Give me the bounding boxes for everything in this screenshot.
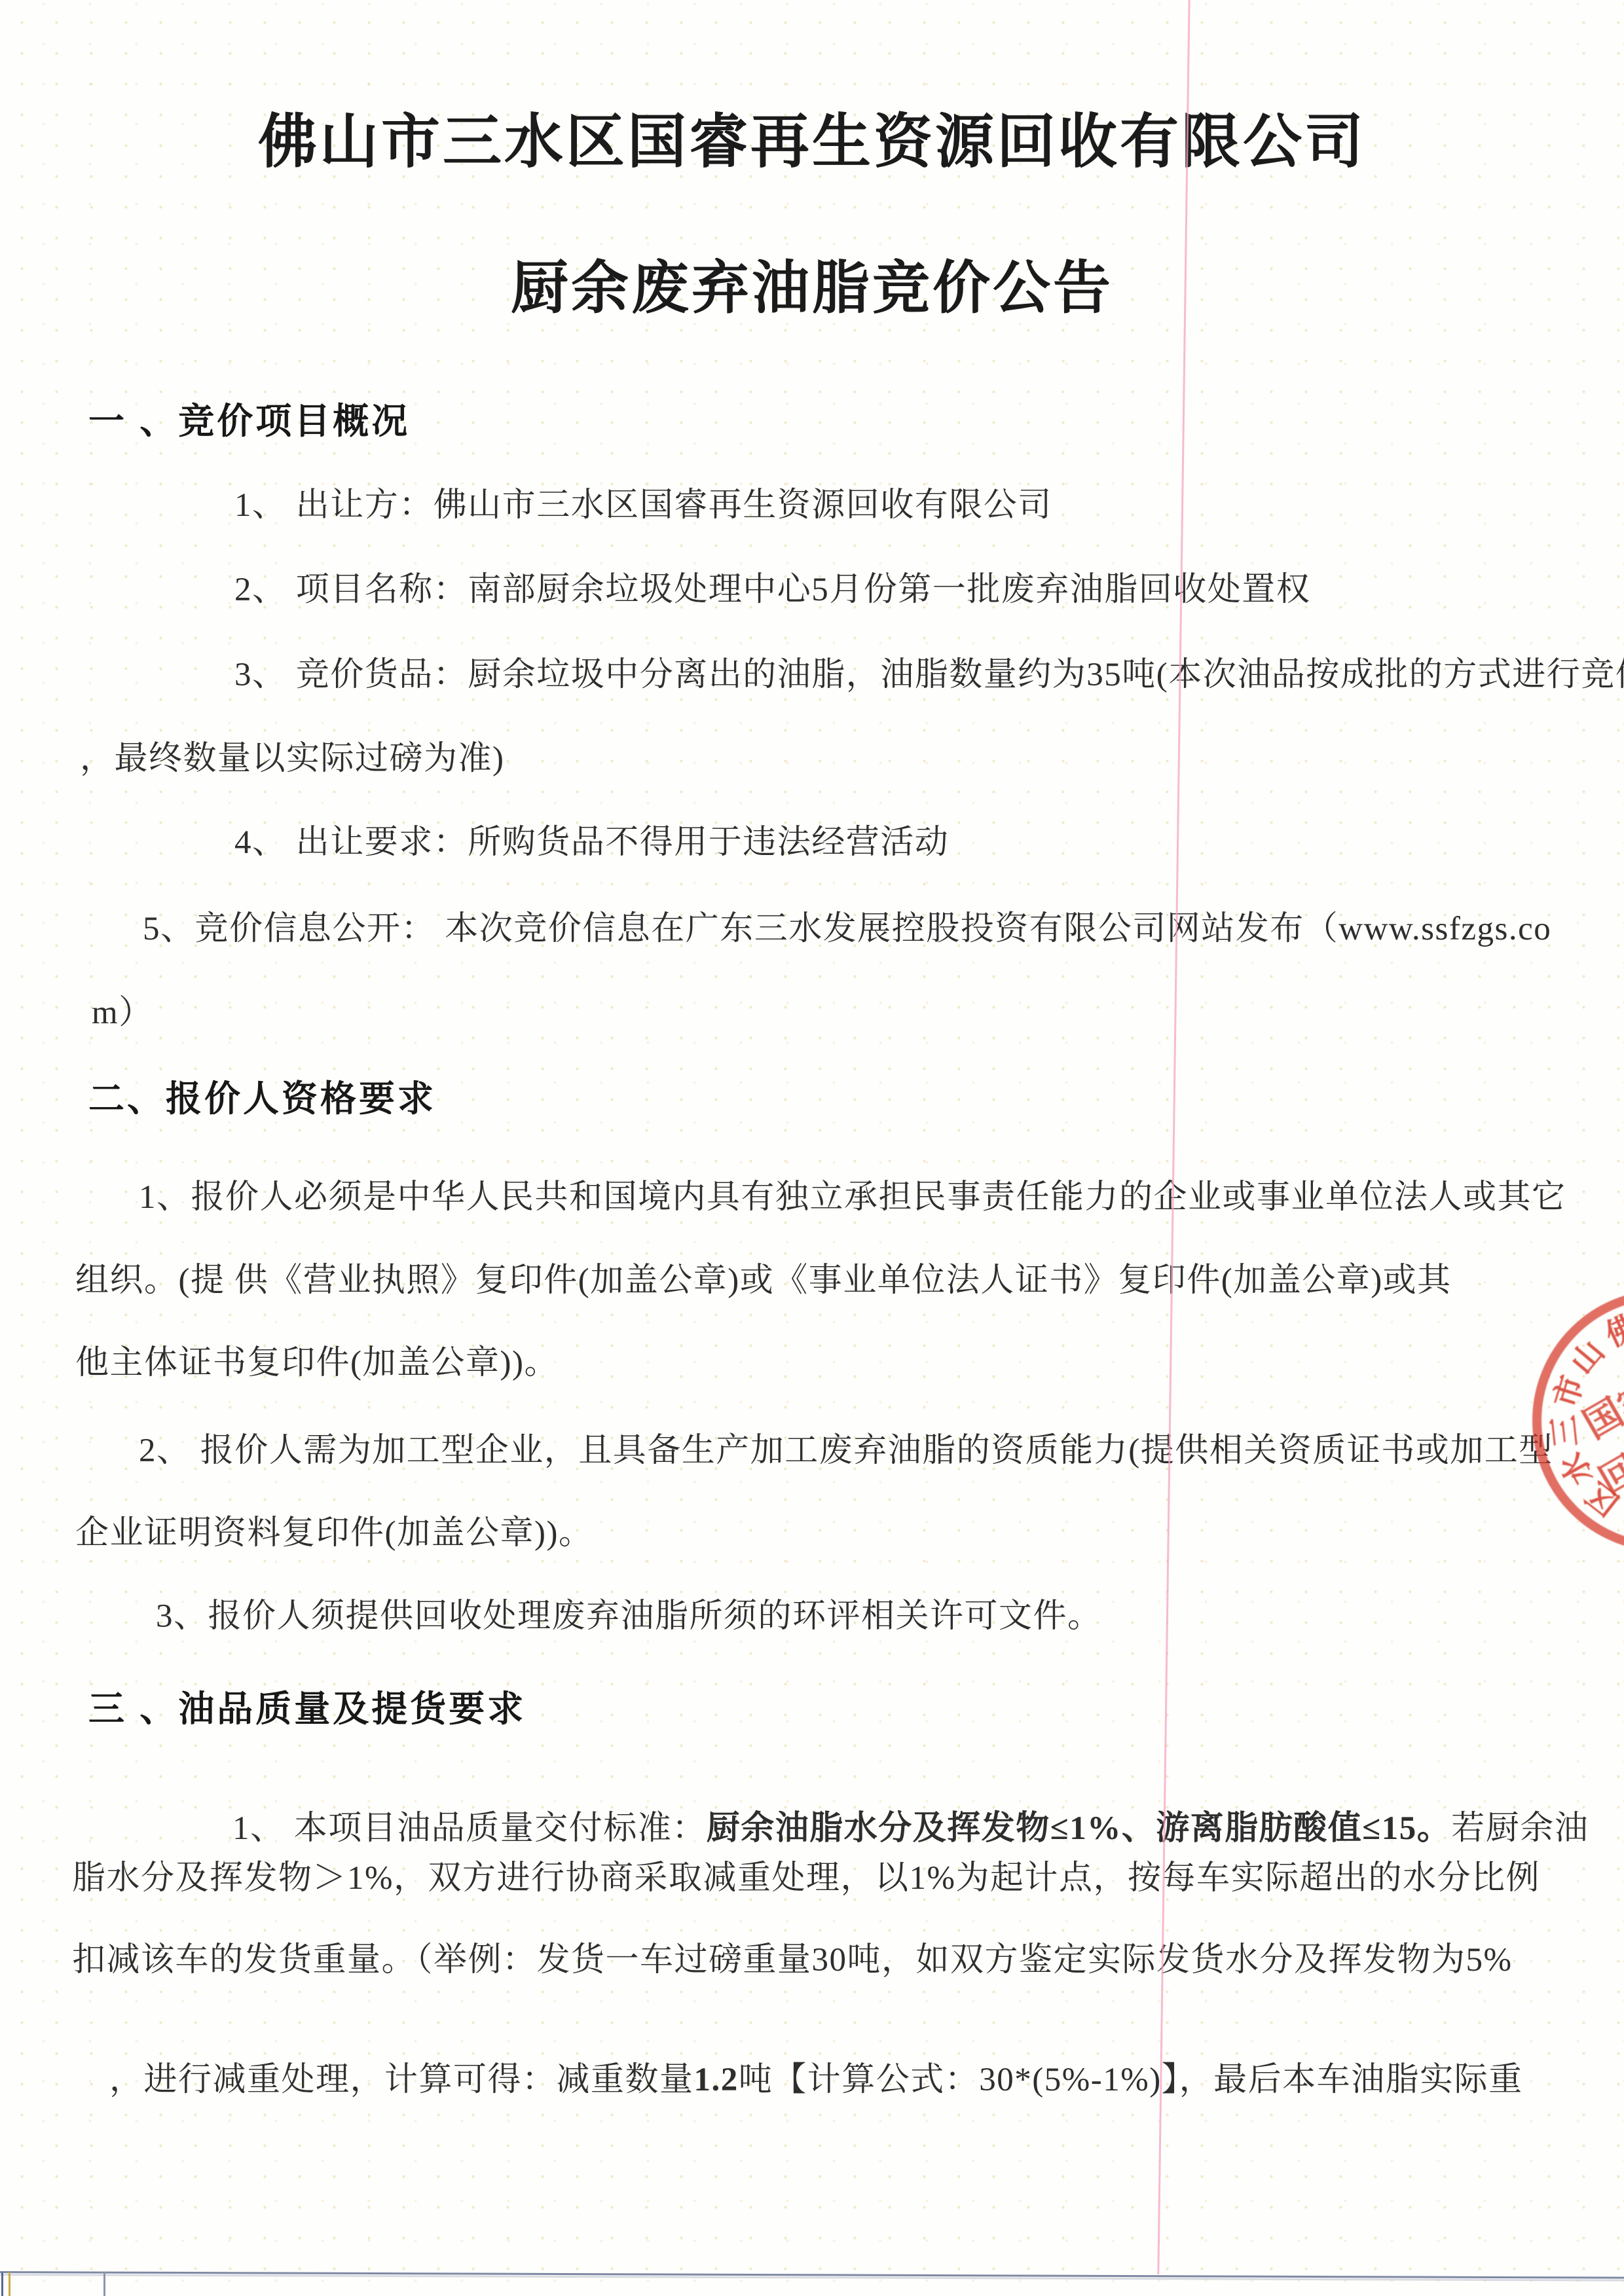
text-line: 3、 竞价货品：厨余垃圾中分离出的油脂，油脂数量约为35吨(本次油品按成批的方式…	[234, 659, 1624, 692]
text-line: 4、 出让要求：所购货品不得用于违法经营活动	[234, 826, 949, 860]
scan-artifact-tick	[9, 2272, 10, 2296]
scan-artifact-pink-line	[1157, 0, 1190, 2274]
text-line: 2、 项目名称：南部厨余垃圾处理中心5月份第一批废弃油脂回收处置权	[234, 574, 1310, 607]
page-bottom-rule	[0, 2271, 1624, 2279]
scanned-document-page: 佛山市三水区国睿再生资源回收有限公司 厨余废弃油脂竞价公告 一 、竞价项目概况 …	[0, 0, 1624, 2296]
scan-artifact-tick	[103, 2272, 105, 2296]
text-line: ，最终数量以实际过磅为准)	[80, 742, 505, 776]
scan-artifact-tick	[1, 2272, 3, 2296]
document-subtitle: 厨余废弃油脂竞价公告	[0, 259, 1624, 317]
red-company-seal-stamp: 佛 山 市 三 水 区 国睿 回收	[1532, 1290, 1624, 1552]
stamp-ring-char: 佛	[1601, 1311, 1624, 1353]
stamp-ring-char: 三	[1549, 1414, 1583, 1449]
text-segment-bold: 1.2	[694, 2062, 739, 2098]
text-segment-bold: 厨余油脂水分及挥发物≤1%、游离脂肪酸值≤15。	[707, 1810, 1451, 1847]
text-line: 1、 出让方：佛山市三水区国睿再生资源回收有限公司	[234, 489, 1052, 522]
text-line: 他主体证书复印件(加盖公章))。	[75, 1347, 559, 1380]
section-2-heading: 二、报价人资格要求	[88, 1081, 436, 1117]
document-title: 佛山市三水区国睿再生资源回收有限公司	[0, 113, 1624, 172]
section-3-heading: 三 、油品质量及提货要求	[88, 1691, 526, 1727]
text-segment: ，进行减重处理，计算可得：减重数量	[109, 2062, 694, 2098]
text-line: 2、 报价人需为加工型企业，且具备生产加工废弃油脂的资质能力(提供相关资质证书或…	[139, 1434, 1553, 1468]
text-line: 1、报价人必须是中华人民共和国境内具有独立承担民事责任能力的企业或事业单位法人或…	[139, 1181, 1566, 1214]
text-line: 5、竞价信息公开： 本次竞价信息在广东三水发展控股投资有限公司网站发布（www.…	[143, 913, 1551, 946]
stamp-ring-char: 水	[1556, 1447, 1598, 1489]
text-segment: 若厨余油	[1451, 1810, 1589, 1847]
text-segment: 吨【计算公式：30*(5%-1%)】，最后本车油脂实际重	[739, 2062, 1523, 2098]
text-line: m）	[92, 996, 153, 1030]
text-line: 组织。(提 供《营业执照》复印件(加盖公章)或《事业单位法人证书》复印件(加盖公…	[75, 1264, 1452, 1298]
text-line: 扣减该车的发货重量。（举例：发货一车过磅重量30吨，如双方鉴定实际发货水分及挥发…	[72, 1944, 1513, 1977]
text-line: 企业证明资料复印件(加盖公章))。	[75, 1517, 593, 1550]
text-segment: 1、 本项目油品质量交付标准：	[232, 1810, 707, 1847]
text-line: 3、报价人须提供回收处理废弃油脂所须的环评相关许可文件。	[156, 1600, 1102, 1633]
text-line: ，进行减重处理，计算可得：减重数量1.2吨【计算公式：30*(5%-1%)】，最…	[72, 2030, 1523, 2130]
text-line: 脂水分及挥发物＞1%，双方进行协商采取减重处理，以1%为起计点，按每车实际超出的…	[72, 1862, 1540, 1895]
section-1-heading: 一 、竞价项目概况	[88, 403, 410, 439]
stamp-ring-char: 山	[1566, 1336, 1610, 1380]
